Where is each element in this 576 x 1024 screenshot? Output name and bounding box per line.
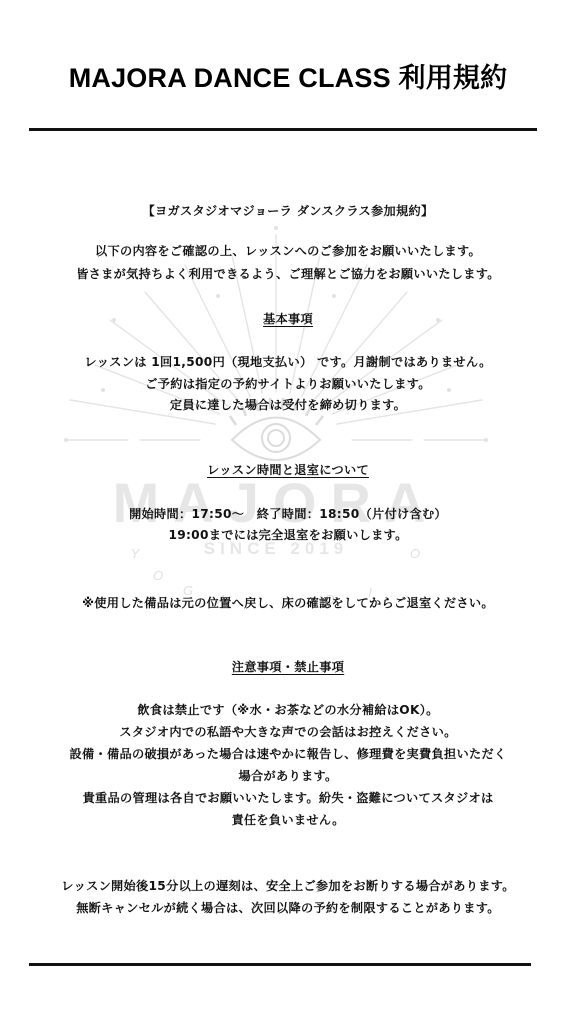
section-note: ※使用した備品は元の位置へ戻し、床の確認をしてからご退室ください。 <box>0 595 576 611</box>
watermark-brand-text: MAJORA <box>113 471 440 534</box>
section-line: 貴重品の管理は各自でお願いいたします。紛失・盗難についてスタジオは <box>0 790 576 806</box>
intro-line: 皆さまが気持ちよく利用できるよう、ご理解とご協力をお願いいたします。 <box>0 266 576 282</box>
section-heading-prohibited: 注意事項・禁止事項 <box>0 659 576 675</box>
svg-text:O: O <box>153 568 163 583</box>
section-heading-basics: 基本事項 <box>0 311 576 327</box>
section-line: 飲食は禁止です（※水・お茶などの水分補給はOK）。 <box>0 702 576 718</box>
closing-line: レッスン開始後15分以上の遅刻は、安全上ご参加をお断りする場合があります。 <box>0 878 576 894</box>
section-line: 場合があります。 <box>0 768 576 784</box>
section-line: 責任を負いません。 <box>0 812 576 828</box>
document-subtitle: 【ヨガスタジオマジョーラ ダンスクラス参加規約】 <box>0 203 576 219</box>
section-line: 開始時間：17:50〜 終了時間：18:50（片付け含む） <box>0 506 576 522</box>
top-divider <box>29 128 537 131</box>
intro-line: 以下の内容をご確認の上、レッスンへのご参加をお願いいたします。 <box>0 243 576 259</box>
section-line: 19:00までには完全退室をお願いします。 <box>0 527 576 543</box>
section-line: スタジオ内での私語や大きな声での会話はお控えください。 <box>0 724 576 740</box>
page-title: MAJORA DANCE CLASS 利用規約 <box>0 56 576 95</box>
section-line: レッスンは 1回1,500円（現地支払い） です。月謝制ではありません。 <box>0 354 576 370</box>
section-line: ご予約は指定の予約サイトよりお願いいたします。 <box>0 376 576 392</box>
section-heading-lesson-time: レッスン時間と退室について <box>0 462 576 478</box>
closing-line: 無断キャンセルが続く場合は、次回以降の予約を制限することがあります。 <box>0 900 576 916</box>
section-line: 設備・備品の破損があった場合は速やかに報告し、修理費を実費負担いただく <box>0 746 576 762</box>
section-line: 定員に達した場合は受付を締め切ります。 <box>0 397 576 413</box>
svg-text:O: O <box>410 546 420 561</box>
svg-text:Y: Y <box>131 546 141 561</box>
bottom-divider <box>29 963 531 966</box>
